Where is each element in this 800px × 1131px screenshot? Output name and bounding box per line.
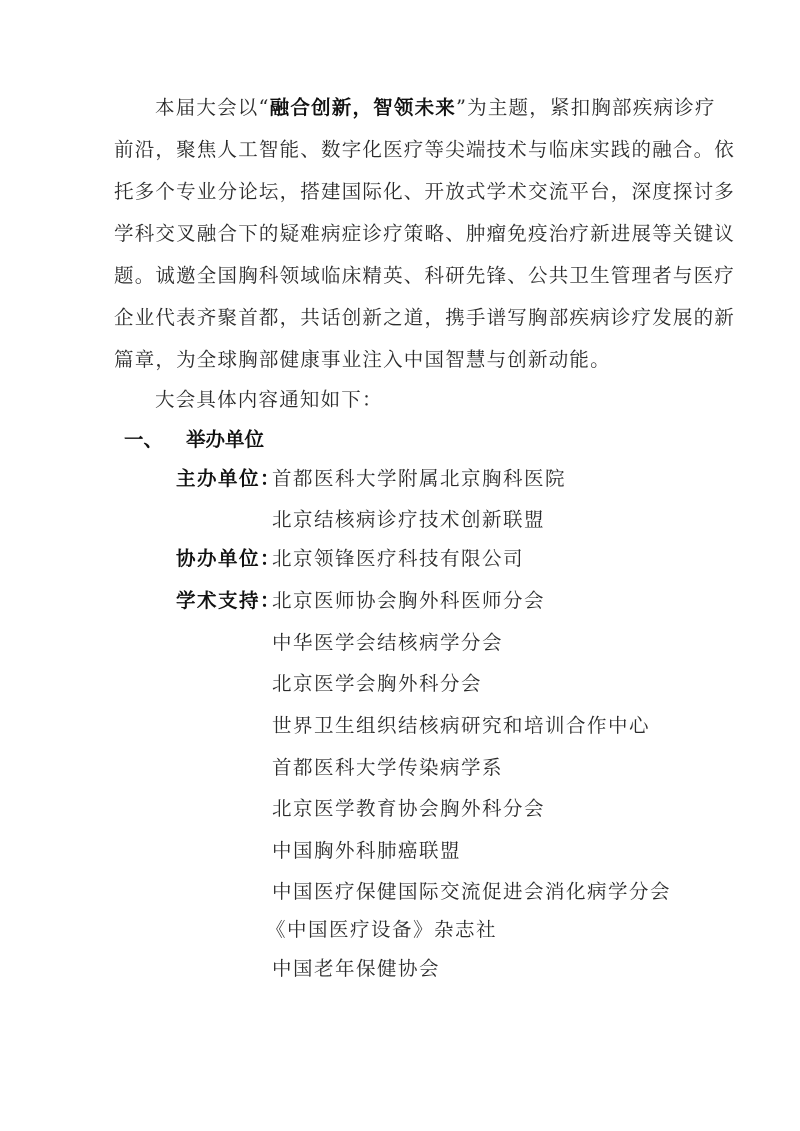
paragraph-line: 学科交叉融合下的疑难病症诊疗策略、肿瘤免疫治疗新进展等关键议 [114,213,688,255]
organizer-name: 北京领锋医疗科技有限公司 [272,539,524,579]
notice-intro: 大会具体内容通知如下： [155,380,383,420]
paragraph-line: 题。诚邀全国胸科领域临床精英、科研先锋、公共卫生管理者与医疗 [114,255,688,297]
conference-theme: 融合创新，智领未来 [270,96,456,119]
organizer-name: 北京医师协会胸外科医师分会 [272,581,545,621]
organizer-name: 中国胸外科肺癌联盟 [272,831,461,871]
organizer-name: 中国老年保健协会 [272,949,440,989]
text-run: 本届大会以“ [155,96,270,119]
section-title: 举办单位 [186,428,264,451]
organizer-name: 北京医学会胸外科分会 [272,664,482,704]
paragraph-line: 篇章，为全球胸部健康事业注入中国智慧与创新动能。 [114,339,688,381]
section-heading: 一、举办单位 [124,420,264,460]
organizer-name: 中华医学会结核病学分会 [272,623,503,663]
organizer-label: 协办单位： [176,539,281,579]
organizer-name: 首都医科大学传染病学系 [272,748,503,788]
text-run: ”为主题，紧扣胸部疾病诊疗 [456,96,716,119]
organizer-name: 世界卫生组织结核病研究和培训合作中心 [272,706,650,746]
paragraph-line: 本届大会以“融合创新，智领未来”为主题，紧扣胸部疾病诊疗 [114,87,688,129]
organizer-name: 北京医学教育协会胸外科分会 [272,789,545,829]
organizer-name: 北京结核病诊疗技术创新联盟 [272,500,545,540]
intro-paragraph: 本届大会以“融合创新，智领未来”为主题，紧扣胸部疾病诊疗 前沿，聚焦人工智能、数… [114,87,688,381]
organizer-name: 中国医疗保健国际交流促进会消化病学分会 [272,872,671,912]
organizer-label: 主办单位： [176,459,281,499]
paragraph-line: 企业代表齐聚首都，共话创新之道，携手谱写胸部疾病诊疗发展的新 [114,297,688,339]
section-number: 一、 [124,420,186,460]
organizer-name: 《中国医疗设备》杂志社 [266,910,497,950]
paragraph-line: 托多个专业分论坛，搭建国际化、开放式学术交流平台，深度探讨多 [114,171,688,213]
paragraph-line: 前沿，聚焦人工智能、数字化医疗等尖端技术与临床实践的融合。依 [114,129,688,171]
organizer-label: 学术支持： [176,581,281,621]
organizer-name: 首都医科大学附属北京胸科医院 [272,459,566,499]
